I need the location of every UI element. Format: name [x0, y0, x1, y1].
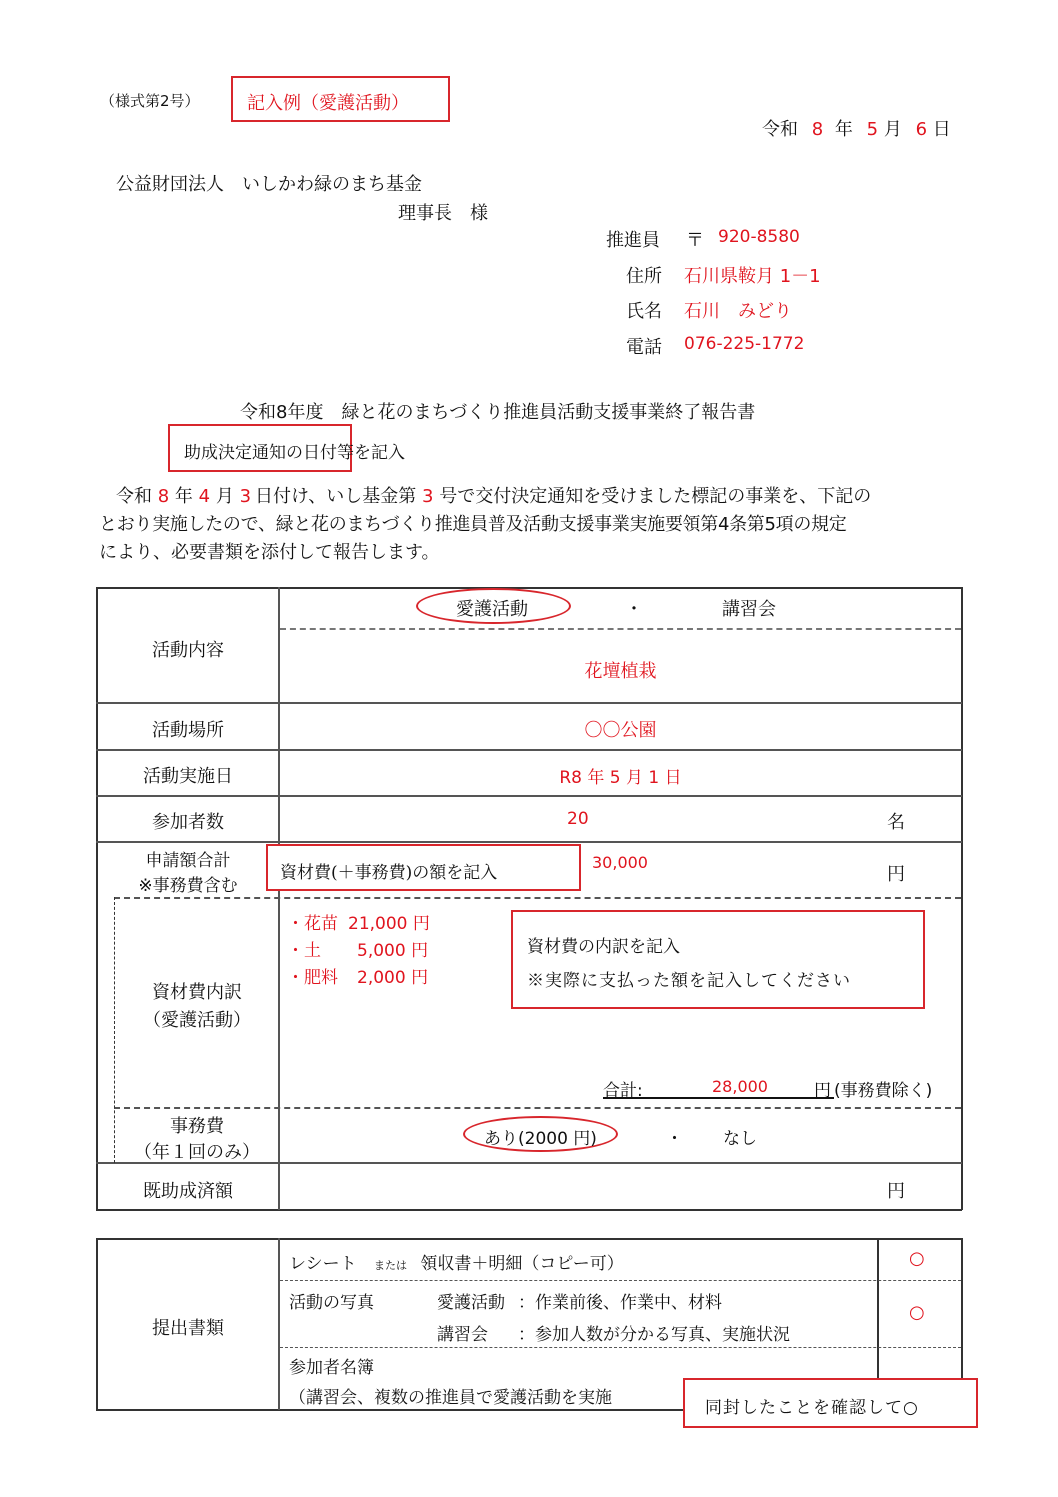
participants-unit: 名 — [887, 808, 905, 834]
participants-value: 20 — [567, 809, 589, 829]
body-line-2: とおり実施したので、緑と花のまちづくり推進員普及活動支援事業実施要領第4条第5項… — [99, 510, 846, 536]
enclosure-note: 同封したことを確認して○ — [705, 1393, 919, 1418]
material-item-amount: 5,000 円 — [357, 936, 428, 961]
report-date: 令和 8 年 5 月 6 日 — [762, 115, 951, 141]
name-value: 石川 みどり — [684, 297, 792, 323]
body-line-3: により、必要書類を添付して報告します。 — [99, 538, 440, 564]
activity-place-value: 〇〇公園 — [280, 716, 961, 742]
doc-roster-note: （講習会、複数の推進員で愛護活動を実施 — [289, 1383, 612, 1408]
address-value: 石川県鞍月 1－1 — [684, 262, 821, 288]
date-era: 令和 — [762, 119, 798, 140]
phone-value: 076-225-1772 — [684, 334, 804, 354]
materials-label: 資材費内訳 — [116, 978, 278, 1004]
activity-content-label: 活動内容 — [98, 636, 278, 662]
form-number: （様式第2号） — [100, 90, 200, 111]
office-fee-label: 事務費 — [116, 1112, 278, 1138]
date-month: 5 — [867, 119, 878, 140]
material-item-name: ・肥料 — [287, 963, 338, 988]
office-fee-separator: ・ — [666, 1124, 683, 1149]
materials-note-line-2: ※実際に支払った額を記入してください — [527, 966, 851, 991]
name-label: 氏名 — [626, 297, 662, 323]
doc-receipt: レシート または 領収書＋明細（コピー可） — [289, 1249, 624, 1274]
application-total-sublabel: ※事務費含む — [98, 871, 278, 896]
body-month: 4 — [199, 486, 210, 507]
postal-mark: 〒 — [686, 226, 704, 252]
doc-photos-care-text: ：作業前後、作業中、材料 — [518, 1288, 722, 1313]
application-amount-note-box: 資材費(＋事務費)の額を記入 — [266, 844, 581, 891]
activity-date-value: R8 年 5 月 1 日 — [280, 763, 961, 788]
doc-photos-workshop-text: ：参加人数が分かる写真、実施状況 — [518, 1320, 790, 1345]
previous-grant-unit: 円 — [887, 1177, 905, 1203]
materials-total-value: 28,000 — [712, 1077, 768, 1096]
body-line-1: 令和 8 年 4 月 3日付け、いし基金第 3 号で交付決定通知を受けました標記… — [116, 482, 871, 508]
phone-label: 電話 — [626, 333, 662, 359]
doc-photos-care-label: 愛護活動 — [437, 1288, 505, 1313]
participants-label: 参加者数 — [98, 808, 278, 834]
material-item-amount: 2,000 円 — [357, 963, 428, 988]
activity-place-label: 活動場所 — [98, 716, 278, 742]
activity-option-care[interactable]: 愛護活動 — [456, 595, 528, 621]
body-year: 8 — [158, 486, 169, 507]
office-fee-option-yes[interactable]: あり(2000 円) — [484, 1124, 597, 1149]
previous-grant-label: 既助成済額 — [98, 1177, 278, 1203]
date-day: 6 — [916, 119, 927, 140]
date-month-unit: 月 — [884, 119, 902, 140]
application-total-unit: 円 — [887, 860, 905, 886]
doc-photos-label: 活動の写真 — [289, 1288, 374, 1313]
body-era: 令和 — [116, 486, 152, 507]
date-year: 8 — [812, 119, 823, 140]
date-day-unit: 日 — [933, 119, 951, 140]
recipient-title: 理事長 様 — [398, 199, 488, 225]
body-text-d: 日付け、いし基金第 — [255, 486, 416, 507]
material-item-name: ・土 — [287, 936, 321, 961]
activity-detail: 花壇植栽 — [280, 657, 961, 683]
doc-photos-check[interactable]: ○ — [909, 1302, 925, 1323]
application-total-value: 30,000 — [592, 853, 648, 872]
address-label: 住所 — [626, 262, 662, 288]
documents-label: 提出書類 — [98, 1314, 278, 1340]
body-month-unit: 月 — [216, 486, 234, 507]
activity-date-label: 活動実施日 — [98, 762, 278, 788]
recipient-organization: 公益財団法人 いしかわ緑のまち基金 — [116, 170, 422, 196]
doc-receipt-text: レシート — [289, 1254, 357, 1274]
postal-code: 920-8580 — [718, 227, 800, 247]
application-total-label: 申請額合計 — [98, 846, 278, 871]
example-label: 記入例（愛護活動） — [247, 89, 409, 115]
materials-total-note: (事務費除く) — [834, 1076, 932, 1101]
material-item-amount: 21,000 円 — [348, 909, 430, 934]
doc-invoice-text: 領収書＋明細（コピー可） — [420, 1254, 623, 1274]
example-label-box: 記入例（愛護活動） — [231, 76, 450, 122]
body-number: 3 — [422, 486, 433, 507]
material-item-name: ・花苗 — [287, 909, 338, 934]
activity-option-separator: ・ — [625, 595, 643, 621]
office-fee-sublabel: （年１回のみ） — [116, 1138, 278, 1164]
doc-receipt-or: または — [374, 1259, 407, 1272]
applicant-role-label: 推進員 — [606, 226, 660, 252]
enclosure-note-box: 同封したことを確認して○ — [683, 1378, 978, 1428]
application-amount-note: 資材費(＋事務費)の額を記入 — [280, 858, 497, 883]
doc-roster-label: 参加者名簿 — [289, 1353, 374, 1378]
body-text-e: 号で交付決定通知を受けました標記の事業を、下記の — [439, 486, 871, 507]
materials-note-box: 資材費の内訳を記入 ※実際に支払った額を記入してください — [511, 910, 925, 1009]
decision-date-note-box: 助成決定通知の日付等を記入 — [168, 424, 352, 472]
doc-receipt-check[interactable]: ○ — [909, 1248, 925, 1269]
body-day: 3 — [240, 486, 251, 507]
date-year-unit: 年 — [835, 119, 853, 140]
body-year-unit: 年 — [175, 486, 193, 507]
activity-option-workshop[interactable]: 講習会 — [722, 595, 776, 621]
office-fee-option-no[interactable]: なし — [723, 1124, 757, 1149]
materials-note-line-1: 資材費の内訳を記入 — [527, 932, 680, 957]
document-title: 令和8年度 緑と花のまちづくり推進員活動支援事業終了報告書 — [240, 398, 755, 424]
materials-sublabel: （愛護活動） — [116, 1006, 278, 1032]
doc-photos-workshop-label: 講習会 — [437, 1320, 488, 1345]
decision-date-note: 助成決定通知の日付等を記入 — [184, 438, 405, 463]
